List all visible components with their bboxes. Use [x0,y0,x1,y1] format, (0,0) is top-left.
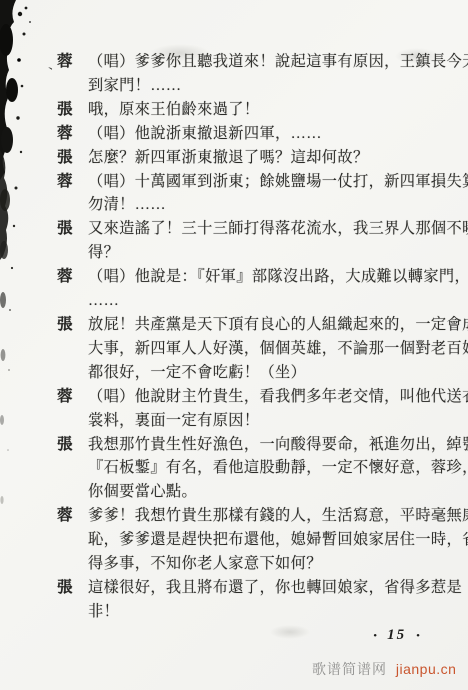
speaker-label: 蓉 [57,122,88,146]
dialogue-list: 蓉 （唱）爹爹你且聽我道來！說起這事有原因，王鎮長今天到家門！…… 張 哦，原來… [57,50,459,624]
speaker-label: 張 [57,576,88,600]
dialogue-line: （唱）爹爹你且聽我道來！說起這事有原因，王鎮長今天 [88,50,459,74]
dialogue-line: 到家門！…… [88,74,459,98]
dialogue-entry: 張 這樣很好，我且將布還了，你也轉回娘家，省得多惹是非！ [57,576,459,624]
speaker-label: 蓉 [57,170,88,194]
dialogue-text: （唱）十萬國軍到浙東；餘姚鹽場一仗打，新四軍損失算勿清！…… [88,170,459,218]
dialogue-entry: 張 放屁！共產黨是天下頂有良心的人組織起來的，一定會成大事，新四軍人人好漢，個個… [57,313,459,385]
dialogue-line: 非！ [88,600,459,624]
dialogue-line: 都很好，一定不會吃虧！（坐） [88,361,459,385]
scan-artifact-left-edge [0,0,40,690]
dialogue-entry: 蓉 （唱）他說浙東撤退新四軍，…… [57,122,459,146]
dialogue-entry: 蓉 （唱）他說是：『奸軍』部隊沒出路，大成難以轉家門，…… [57,265,459,313]
dialogue-line: 又來造謠了！三十三師打得落花流水，我三界人那個不曉 [88,217,459,241]
watermark: 歌谱简谱网 jianpu.cn [312,659,456,679]
speaker-label: 蓉 [57,385,88,409]
dialogue-line: （唱）他說浙東撤退新四軍，…… [88,122,459,146]
speaker-label: 張 [57,98,88,122]
dialogue-line: 放屁！共產黨是天下頂有良心的人組織起來的，一定會成 [88,313,459,337]
dialogue-line: 勿清！…… [88,193,459,217]
dialogue-entry: 蓉 （唱）十萬國軍到浙東；餘姚鹽場一仗打，新四軍損失算勿清！…… [57,170,459,218]
dialogue-line: （唱）他說財主竹貴生，看我們多年老交情，叫他代送衣 [88,385,459,409]
dialogue-line: 這樣很好，我且將布還了，你也轉回娘家，省得多惹是 [88,576,459,600]
page-number-left-dot: • [373,630,377,642]
dialogue-entry: 蓉 爹爹！我想竹貴生那樣有錢的人，生活寫意，平時毫無廉恥，爹爹還是趕快把布還他，… [57,504,459,576]
dialogue-text: 我想那竹貴生性好漁色，一向酸得要命，衹進勿出，綽號『石板鏨』有名，看他這股動靜，… [88,433,459,505]
dialogue-entry: 張 我想那竹貴生性好漁色，一向酸得要命，衹進勿出，綽號『石板鏨』有名，看他這股動… [57,433,459,505]
dialogue-text: 怎麼？新四軍浙東撤退了嗎？這却何故？ [88,146,459,170]
speaker-label: 張 [57,313,88,337]
dialogue-line: 你個要當心點。 [88,480,459,504]
dialogue-line: 『石板鏨』有名，看他這股動靜，一定不懷好意，蓉珍， [88,456,459,480]
scanned-script-page: 、 蓉 （唱）爹爹你且聽我道來！說起這事有原因，王鎮長今天到家門！…… 張 哦，… [0,0,468,690]
dialogue-line: 怎麼？新四軍浙東撤退了嗎？這却何故？ [88,146,459,170]
dialogue-text: 這樣很好，我且將布還了，你也轉回娘家，省得多惹是非！ [88,576,459,624]
dialogue-text: （唱）他說是：『奸軍』部隊沒出路，大成難以轉家門，…… [88,265,459,313]
speaker-label: 張 [57,433,88,457]
watermark-site-name: 歌谱简谱网 [312,661,387,677]
dialogue-line: （唱）他說是：『奸軍』部隊沒出路，大成難以轉家門， [88,265,459,289]
dialogue-line: 裳料，裏面一定有原因！ [88,409,459,433]
dialogue-line: 大事，新四軍人人好漢，個個英雄，不論那一個對老百姓 [88,337,459,361]
dialogue-text: （唱）他說財主竹貴生，看我們多年老交情，叫他代送衣裳料，裏面一定有原因！ [88,385,459,433]
dialogue-line: 哦，原來王伯齡來過了！ [88,98,459,122]
dialogue-text: 放屁！共產黨是天下頂有良心的人組織起來的，一定會成大事，新四軍人人好漢，個個英雄… [88,313,459,385]
dialogue-line: 爹爹！我想竹貴生那樣有錢的人，生活寫意，平時毫無廉 [88,504,459,528]
dialogue-text: （唱）爹爹你且聽我道來！說起這事有原因，王鎮長今天到家門！…… [88,50,459,98]
page-number: • 15 • [373,627,420,644]
dialogue-line: …… [88,289,459,313]
dialogue-entry: 蓉 （唱）他說財主竹貴生，看我們多年老交情，叫他代送衣裳料，裏面一定有原因！ [57,385,459,433]
dialogue-entry: 張 又來造謠了！三十三師打得落花流水，我三界人那個不曉得？ [57,217,459,265]
dialogue-text: 哦，原來王伯齡來過了！ [88,98,459,122]
dialogue-line: 恥，爹爹還是趕快把布還他，媳婦暫回娘家居住一時，省 [88,528,459,552]
page-number-right-dot: • [416,630,420,642]
dialogue-line: 得多事，不知你老人家意下如何？ [88,552,459,576]
watermark-site-url: jianpu.cn [396,661,457,677]
dialogue-entry: 張 怎麼？新四軍浙東撤退了嗎？這却何故？ [57,146,459,170]
speaker-label: 蓉 [57,50,88,74]
speaker-label: 蓉 [57,265,88,289]
speaker-label: 張 [57,217,88,241]
dialogue-text: 又來造謠了！三十三師打得落花流水，我三界人那個不曉得？ [88,217,459,265]
speaker-label: 張 [57,146,88,170]
dialogue-line: 得？ [88,241,459,265]
dialogue-text: （唱）他說浙東撤退新四軍，…… [88,122,459,146]
dialogue-line: （唱）十萬國軍到浙東；餘姚鹽場一仗打，新四軍損失算 [88,170,459,194]
page-number-value: 15 [387,627,406,644]
dialogue-text: 爹爹！我想竹貴生那樣有錢的人，生活寫意，平時毫無廉恥，爹爹還是趕快把布還他，媳婦… [88,504,459,576]
dialogue-entry: 張 哦，原來王伯齡來過了！ [57,98,459,122]
dialogue-entry: 蓉 （唱）爹爹你且聽我道來！說起這事有原因，王鎮長今天到家門！…… [57,50,459,98]
dialogue-line: 我想那竹貴生性好漁色，一向酸得要命，衹進勿出，綽號 [88,433,459,457]
speaker-label: 蓉 [57,504,88,528]
scan-smudge [270,625,310,639]
